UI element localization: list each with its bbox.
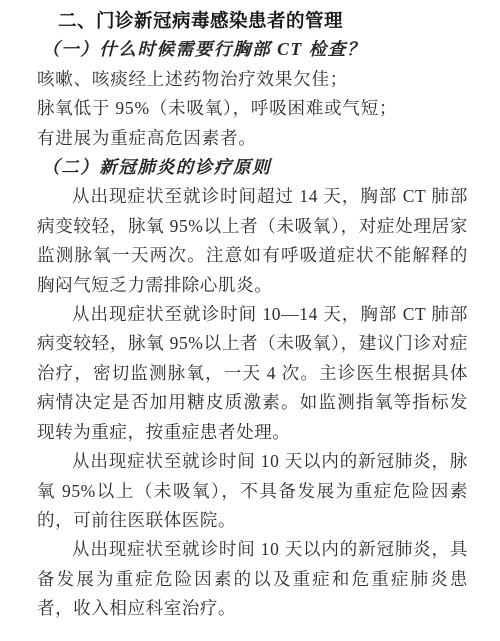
subsection-2-paragraph: 从出现症状至就诊时间 10 天以内的新冠肺炎，具备发展为重症危险因素的以及重症和… <box>37 535 468 623</box>
document-page: 二、门诊新冠病毒感染患者的管理 （一）什么时候需要行胸部 CT 检查？ 咳嗽、咳… <box>0 0 500 641</box>
subsection-1-item: 咳嗽、咳痰经上述药物治疗效果欠佳； <box>37 65 468 94</box>
subsection-1-item: 脉氧低于 95%（未吸氧），呼吸困难或气短； <box>37 94 468 123</box>
subsection-2-paragraph: 从出现症状至就诊时间超过 14 天，胸部 CT 肺部病变较轻，脉氧 95%以上者… <box>37 182 468 300</box>
subsection-2-heading: （二）新冠肺炎的诊疗原则 <box>37 153 468 182</box>
section-title: 二、门诊新冠病毒感染患者的管理 <box>37 6 468 35</box>
subsection-2-paragraph: 从出现症状至就诊时间 10 天以内的新冠肺炎，脉氧 95%以上（未吸氧），不具备… <box>37 447 468 535</box>
subsection-1-item: 有进展为重症高危因素者。 <box>37 124 468 153</box>
subsection-1-heading: （一）什么时候需要行胸部 CT 检查？ <box>37 35 468 64</box>
subsection-2-paragraph: 从出现症状至就诊时间 10—14 天，胸部 CT 肺部病变较轻，脉氧 95%以上… <box>37 300 468 447</box>
